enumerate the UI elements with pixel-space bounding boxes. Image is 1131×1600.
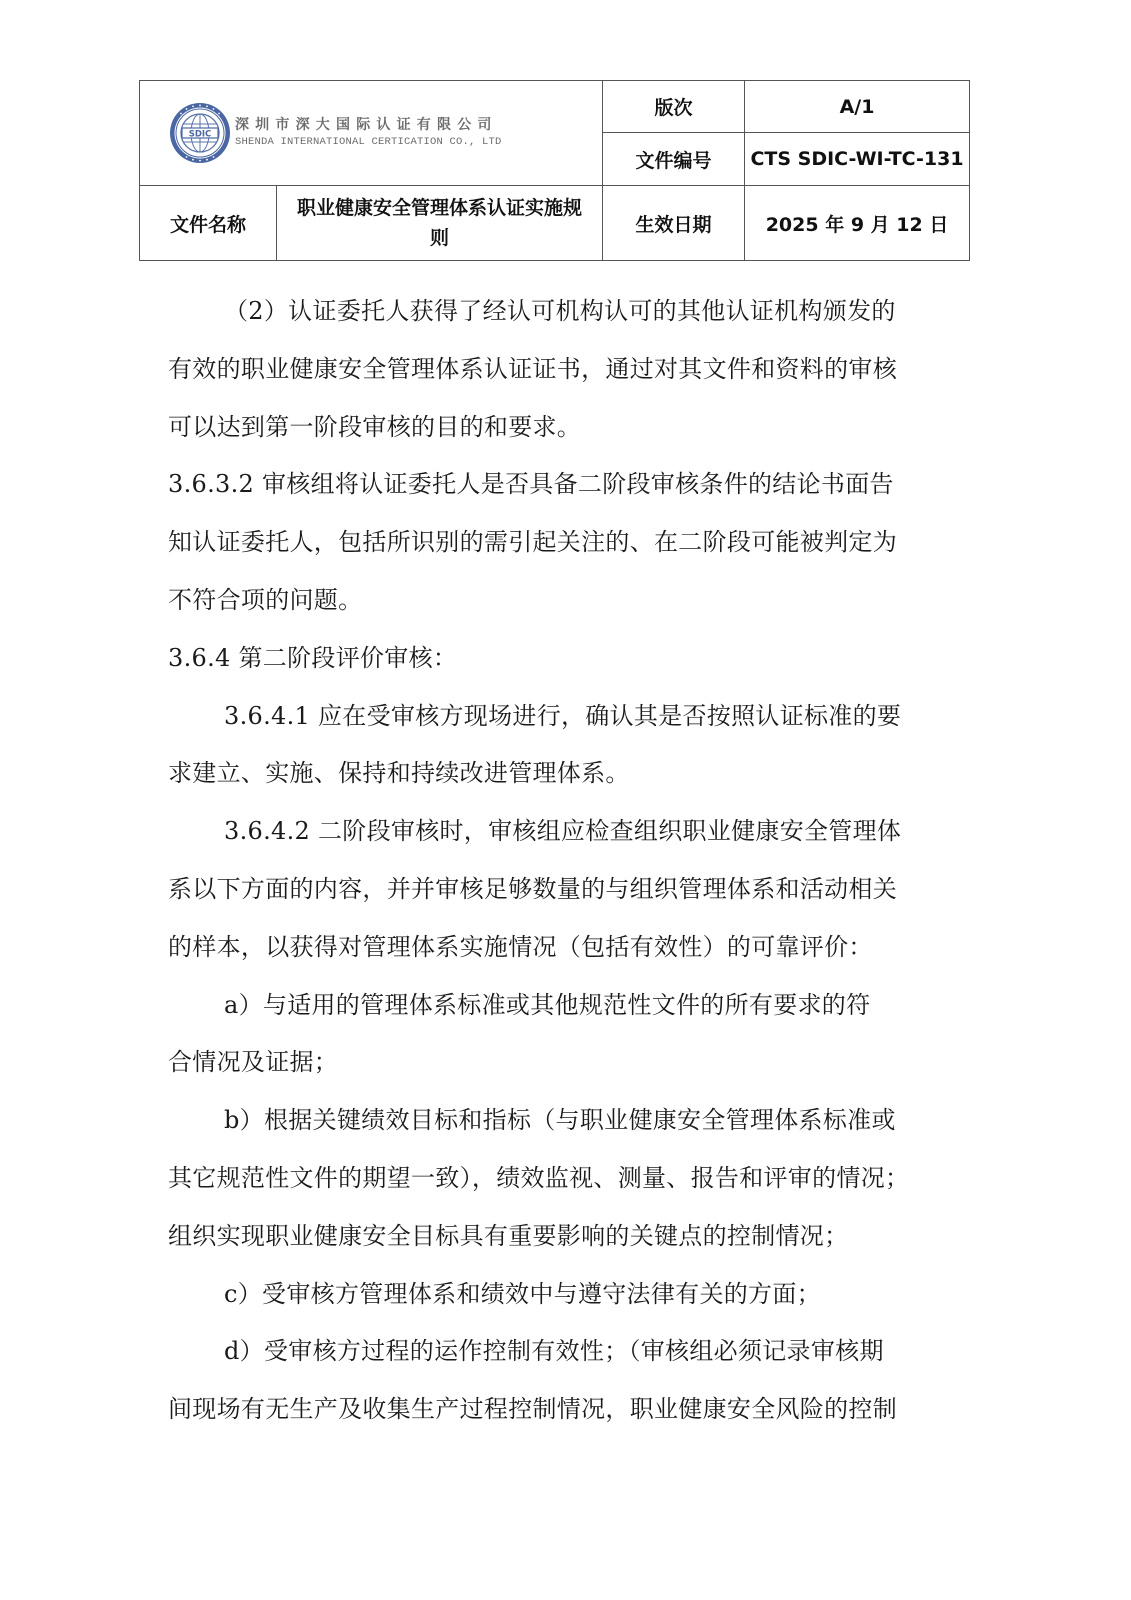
list-item-b: b）根据关键绩效目标和指标（与职业健康安全管理体系标准或: [168, 1092, 943, 1150]
sdic-globe-emblem-icon: SDIC: [169, 102, 231, 164]
body-line: 求建立、实施、保持和持续改进管理体系。: [168, 745, 943, 803]
company-logo: SDIC 深圳市深大国际认证有限公司 SHENDA INTERNATIONAL …: [140, 102, 602, 164]
company-logo-cell: SDIC 深圳市深大国际认证有限公司 SHENDA INTERNATIONAL …: [140, 81, 603, 186]
version-value: A/1: [745, 81, 970, 133]
body-line: 有效的职业健康安全管理体系认证证书，通过对其文件和资料的审核: [168, 341, 943, 399]
version-label: 版次: [603, 81, 745, 133]
document-page: SDIC 深圳市深大国际认证有限公司 SHENDA INTERNATIONAL …: [0, 0, 1131, 1600]
document-name-value: 职业健康安全管理体系认证实施规则: [277, 186, 603, 261]
section-heading: 3.6.4 第二阶段评价审核：: [168, 630, 943, 688]
body-line: 系以下方面的内容，并并审核足够数量的与组织管理体系和活动相关: [168, 861, 943, 919]
effective-date-value: 2025 年 9 月 12 日: [745, 186, 970, 261]
body-line: 知认证委托人，包括所识别的需引起关注的、在二阶段可能被判定为: [168, 514, 943, 572]
body-line: 不符合项的问题。: [168, 572, 943, 630]
document-header-table: SDIC 深圳市深大国际认证有限公司 SHENDA INTERNATIONAL …: [139, 80, 970, 261]
document-body: （2）认证委托人获得了经认可机构认可的其他认证机构颁发的 有效的职业健康安全管理…: [168, 283, 943, 1439]
body-line: （2）认证委托人获得了经认可机构认可的其他认证机构颁发的: [168, 283, 943, 341]
company-name-en: SHENDA INTERNATIONAL CERTICATION CO., LT…: [235, 134, 502, 150]
company-name-cn: 深圳市深大国际认证有限公司: [235, 116, 502, 134]
list-item-d: d）受审核方过程的运作控制有效性；（审核组必须记录审核期: [168, 1323, 943, 1381]
body-line: 3.6.3.2 审核组将认证委托人是否具备二阶段审核条件的结论书面告: [168, 456, 943, 514]
body-line: 3.6.4.1 应在受审核方现场进行，确认其是否按照认证标准的要: [168, 688, 943, 746]
document-number-label: 文件编号: [603, 133, 745, 186]
list-item-a: a）与适用的管理体系标准或其他规范性文件的所有要求的符: [168, 977, 943, 1035]
body-line: 其它规范性文件的期望一致），绩效监视、测量、报告和评审的情况；: [168, 1150, 943, 1208]
effective-date-label: 生效日期: [603, 186, 745, 261]
document-name-label: 文件名称: [140, 186, 277, 261]
body-line: 间现场有无生产及收集生产过程控制情况，职业健康安全风险的控制: [168, 1381, 943, 1439]
body-line: 3.6.4.2 二阶段审核时，审核组应检查组织职业健康安全管理体: [168, 803, 943, 861]
document-number-value: CTS SDIC-WI-TC-131: [745, 133, 970, 186]
body-line: 组织实现职业健康安全目标具有重要影响的关键点的控制情况；: [168, 1208, 943, 1266]
list-item-c: c）受审核方管理体系和绩效中与遵守法律有关的方面；: [168, 1266, 943, 1324]
body-line: 的样本，以获得对管理体系实施情况（包括有效性）的可靠评价：: [168, 919, 943, 977]
body-line: 合情况及证据；: [168, 1034, 943, 1092]
body-line: 可以达到第一阶段审核的目的和要求。: [168, 399, 943, 457]
svg-text:SDIC: SDIC: [189, 129, 212, 139]
